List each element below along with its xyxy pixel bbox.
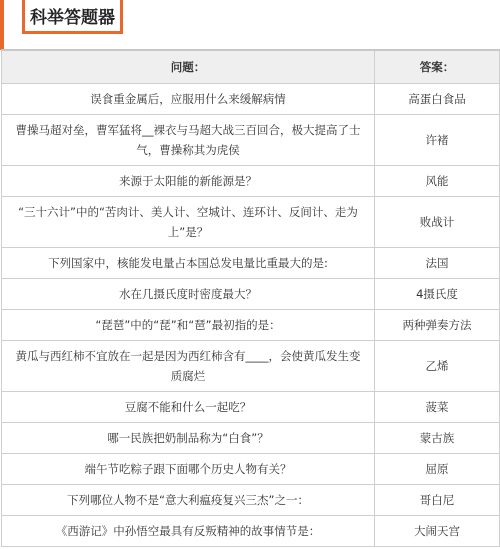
table-row: 黄瓜与西红柿不宜放在一起是因为西红柿含有____，会使黄瓜发生变质腐烂乙烯 [2,341,500,392]
question-cell: 哪一民族把奶制品称为“白食”？ [2,423,375,454]
column-header-answer: 答案： [375,50,500,84]
accent-bar [0,0,4,50]
answer-cell: 4摄氏度 [375,279,500,310]
answer-cell: 蒙古族 [375,423,500,454]
answer-cell: 菠菜 [375,392,500,423]
table-row: 哪一民族把奶制品称为“白食”？蒙古族 [2,423,500,454]
answer-cell: 高蛋白食品 [375,84,500,115]
table-row: 误食重金属后，应服用什么来缓解病情高蛋白食品 [2,84,500,115]
answer-cell: 大闹天宫 [375,516,500,547]
answer-cell: 哥白尼 [375,485,500,516]
table-row: 曹操马超对垒，曹军猛将__裸衣与马超大战三百回合，极大提高了士气，曹操称其为虎侯… [2,115,500,166]
question-cell: 下列国家中，核能发电量占本国总发电量比重最大的是: [2,248,375,279]
question-cell: 黄瓜与西红柿不宜放在一起是因为西红柿含有____，会使黄瓜发生变质腐烂 [2,341,375,392]
answer-cell: 许褚 [375,115,500,166]
question-cell: 下列哪位人物不是“意大利瘟疫复兴三杰”之一： [2,485,375,516]
answer-cell: 法国 [375,248,500,279]
table-row: “三十六计”中的“苦肉计、美人计、空城计、连环计、反间计、走为上”是？败战计 [2,197,500,248]
question-cell: “琵琶”中的“琵”和“琶”最初指的是： [2,310,375,341]
question-cell: 端午节吃粽子跟下面哪个历史人物有关？ [2,454,375,485]
question-cell: 水在几摄氏度时密度最大？ [2,279,375,310]
table-row: 豆腐不能和什么一起吃？菠菜 [2,392,500,423]
table-row: 端午节吃粽子跟下面哪个历史人物有关？屈原 [2,454,500,485]
table-row: 来源于太阳能的新能源是？风能 [2,166,500,197]
page-title: 科举答题器 [30,3,115,28]
answer-cell: 两种弹奏方法 [375,310,500,341]
table-row: 水在几摄氏度时密度最大？4摄氏度 [2,279,500,310]
answer-cell: 乙烯 [375,341,500,392]
table-row: “琵琶”中的“琵”和“琶”最初指的是：两种弹奏方法 [2,310,500,341]
question-cell: 《西游记》中孙悟空最具有反叛精神的故事情节是： [2,516,375,547]
question-cell: 误食重金属后，应服用什么来缓解病情 [2,84,375,115]
question-cell: “三十六计”中的“苦肉计、美人计、空城计、连环计、反间计、走为上”是？ [2,197,375,248]
question-cell: 豆腐不能和什么一起吃？ [2,392,375,423]
question-cell: 曹操马超对垒，曹军猛将__裸衣与马超大战三百回合，极大提高了士气，曹操称其为虎侯 [2,115,375,166]
table-header-row: 问题： 答案： [2,50,500,84]
answer-cell: 屈原 [375,454,500,485]
answer-cell: 风能 [375,166,500,197]
table-row: 《西游记》中孙悟空最具有反叛精神的故事情节是：大闹天宫 [2,516,500,547]
answer-cell: 败战计 [375,197,500,248]
table-row: 下列哪位人物不是“意大利瘟疫复兴三杰”之一：哥白尼 [2,485,500,516]
column-header-question: 问题： [2,50,375,84]
title-box: 科举答题器 [22,0,123,34]
qa-table: 问题： 答案： 误食重金属后，应服用什么来缓解病情高蛋白食品 曹操马超对垒，曹军… [1,49,500,547]
question-cell: 来源于太阳能的新能源是？ [2,166,375,197]
table-row: 下列国家中，核能发电量占本国总发电量比重最大的是:法国 [2,248,500,279]
